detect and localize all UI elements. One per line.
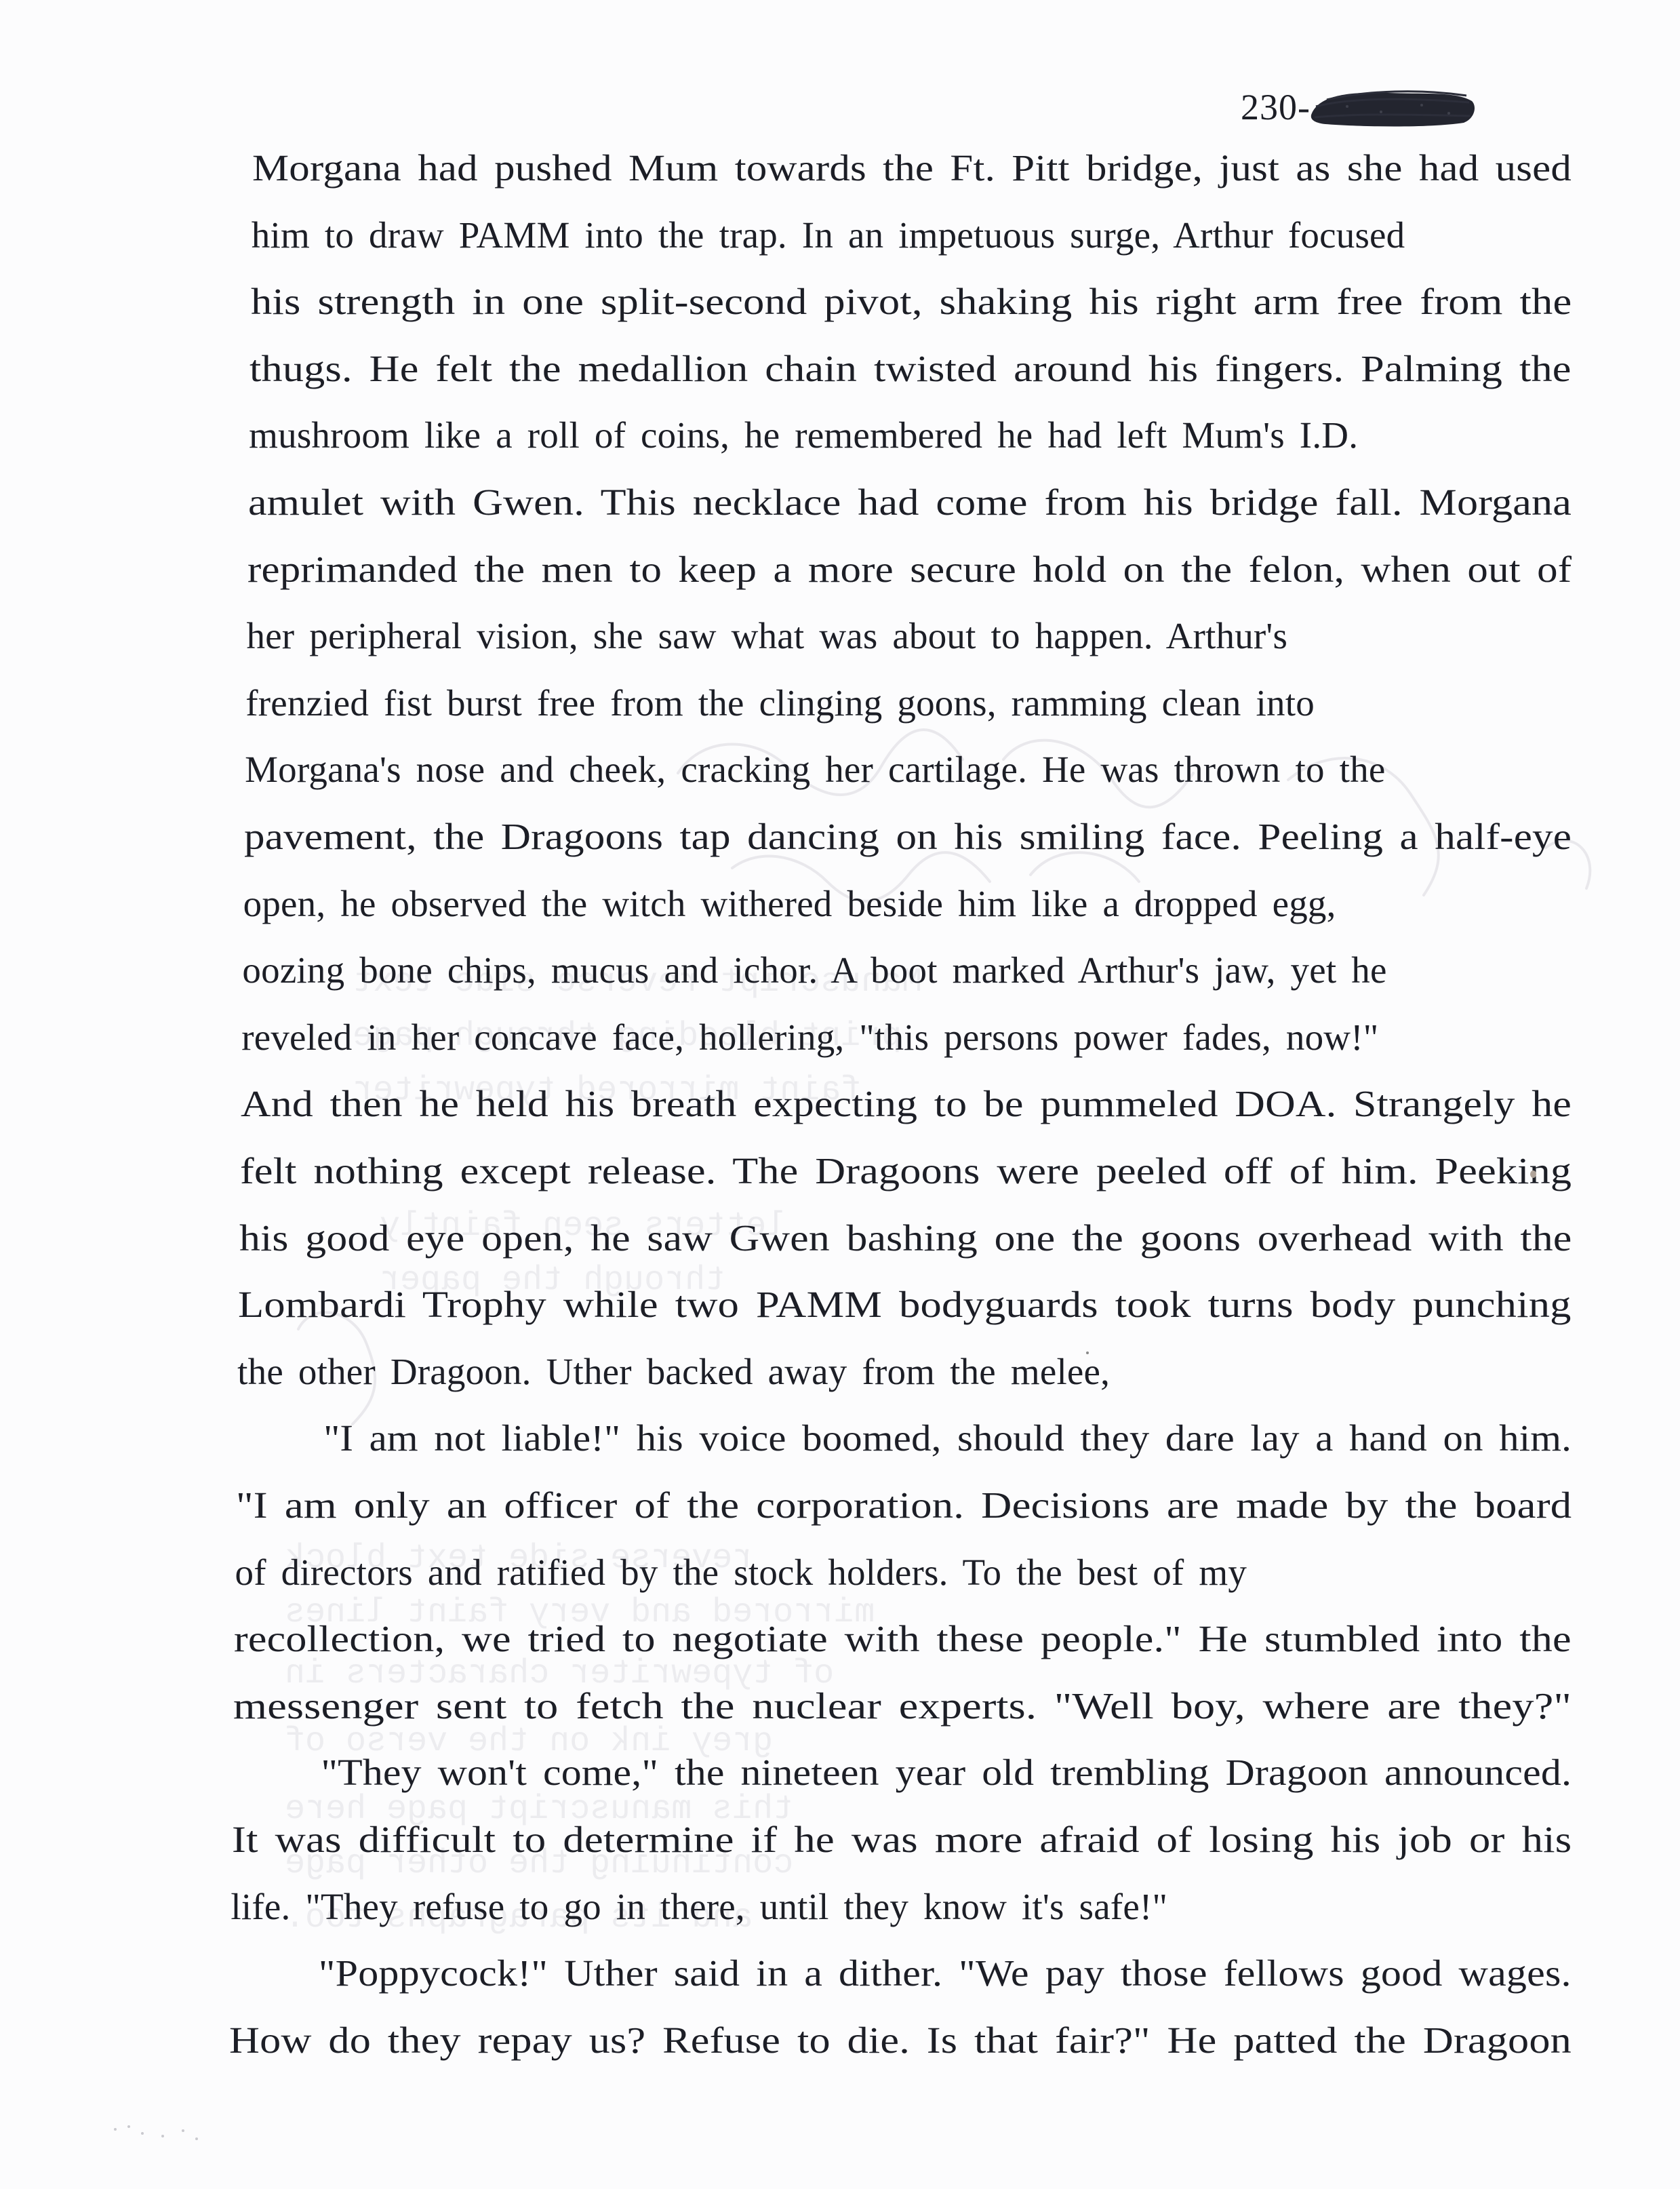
- text-line: life. "They refuse to go in there, until…: [231, 1887, 1167, 1927]
- page-header: 230-: [1241, 80, 1479, 134]
- page-number: 230-: [1241, 86, 1311, 128]
- dust-speck: [1530, 1170, 1536, 1178]
- text-line: his strength in one split-second pivot, …: [251, 281, 1572, 322]
- text-line: the other Dragoon. Uther backed away fro…: [237, 1352, 1110, 1392]
- text-line: open, he observed the witch withered bes…: [243, 884, 1336, 924]
- text-line: oozing bone chips, mucus and ichor. A bo…: [242, 950, 1386, 991]
- text-line: thugs. He felt the medallion chain twist…: [249, 349, 1572, 389]
- text-line: Morgana had pushed Mum towards the Ft. P…: [252, 148, 1572, 189]
- text-line: recollection, we tried to negotiate with…: [234, 1619, 1572, 1659]
- text-line: amulet with Gwen. This necklace had come…: [248, 482, 1572, 523]
- text-line: Morgana's nose and cheek, cracking her c…: [245, 749, 1385, 790]
- text-line: reprimanded the men to keep a more secur…: [247, 549, 1572, 590]
- text-line: reveled in her concave face, hollering, …: [241, 1017, 1378, 1058]
- manuscript-page: Manuscript reverse side text print bleed…: [0, 0, 1680, 2189]
- text-line: It was difficult to determine if he was …: [232, 1819, 1572, 1860]
- text-line: of directors and ratified by the stock h…: [235, 1552, 1247, 1593]
- text-line: pavement, the Dragoons tap dancing on hi…: [244, 816, 1572, 857]
- text-line: How do they repay us? Refuse to die. Is …: [229, 2020, 1572, 2061]
- text-line: mushroom like a roll of coins, he rememb…: [249, 415, 1358, 456]
- dust-speck: [1086, 1352, 1089, 1354]
- text-line: messenger sent to fetch the nuclear expe…: [233, 1686, 1572, 1727]
- text-line: "I am not liable!" his voice boomed, sho…: [237, 1418, 1572, 1459]
- text-line: "I am only an officer of the corporation…: [236, 1485, 1572, 1526]
- text-line: Lombardi Trophy while two PAMM bodyguard…: [238, 1284, 1572, 1325]
- text-line: her peripheral vision, she saw what was …: [247, 616, 1288, 656]
- text-line: "Poppycock!" Uther said in a dither. "We…: [230, 1953, 1572, 1994]
- text-line: And then he held his breath expecting to…: [241, 1084, 1572, 1124]
- text-line: "They won't come," the nineteen year old…: [233, 1752, 1572, 1793]
- text-line: frenzied fist burst free from the clingi…: [245, 683, 1315, 724]
- redaction-scribble: [1306, 86, 1479, 128]
- text-line: felt nothing except release. The Dragoon…: [240, 1151, 1572, 1191]
- text-line: him to draw PAMM into the trap. In an im…: [252, 215, 1405, 256]
- scan-noise-mark: [102, 2109, 237, 2163]
- text-line: his good eye open, he saw Gwen bashing o…: [239, 1218, 1572, 1259]
